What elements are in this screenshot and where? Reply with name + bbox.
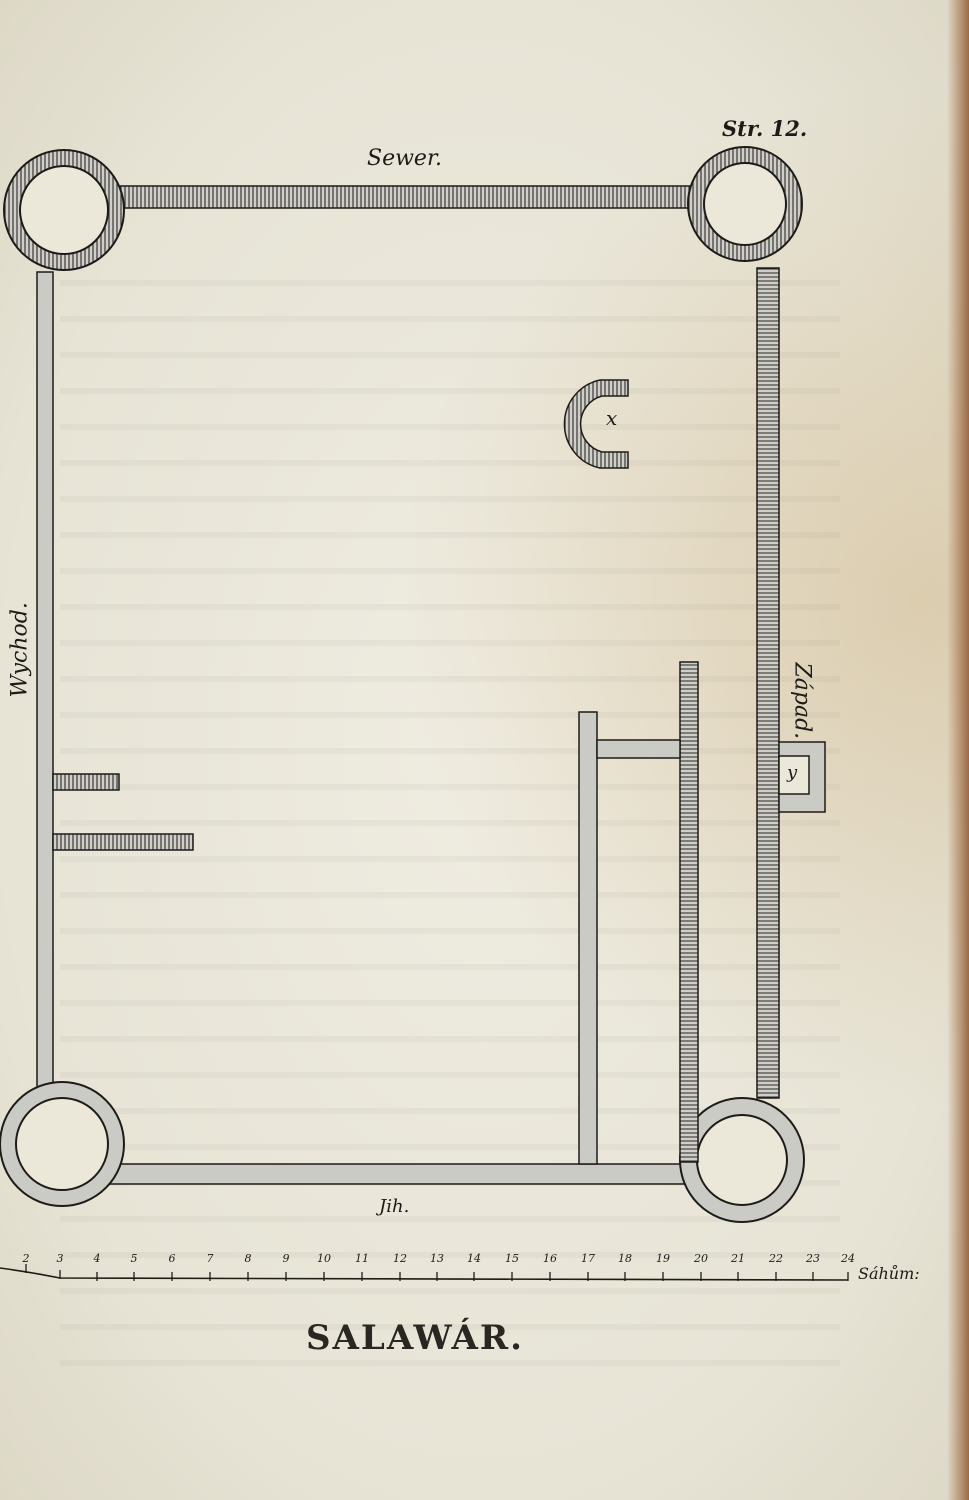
scale-tick: 19 <box>656 1252 670 1265</box>
scale-tick: 10 <box>317 1252 331 1265</box>
tower-northwest <box>4 150 124 270</box>
scale-tick: 12 <box>393 1252 407 1265</box>
direction-east-label: Západ. <box>790 663 815 723</box>
scale-tick: 6 <box>169 1252 176 1265</box>
south-wall <box>110 1164 695 1184</box>
scale-tick: 7 <box>207 1252 214 1265</box>
tower-southwest <box>0 1082 124 1206</box>
scale-bar <box>0 1264 848 1281</box>
scale-tick: 16 <box>543 1252 557 1265</box>
scale-tick: 14 <box>467 1252 481 1265</box>
marker-x-label: x <box>606 406 617 430</box>
scale-tick: 9 <box>283 1252 290 1265</box>
scale-tick: 5 <box>131 1252 138 1265</box>
direction-west-label: Wychod. <box>8 638 33 698</box>
scale-tick: 2 <box>23 1252 30 1265</box>
direction-north-label: Sewer. <box>367 146 442 171</box>
scale-tick: 15 <box>505 1252 519 1265</box>
scale-tick: 13 <box>430 1252 444 1265</box>
scale-tick: 23 <box>806 1252 820 1265</box>
scale-unit-label: Sáhům: <box>858 1264 920 1283</box>
west-wall-stubs <box>53 774 193 850</box>
scale-tick: 20 <box>694 1252 708 1265</box>
scale-tick: 11 <box>355 1252 369 1265</box>
scale-tick: 4 <box>94 1252 101 1265</box>
scale-tick: 24 <box>841 1252 855 1265</box>
page-number: Str. 12. <box>722 116 807 141</box>
north-wall <box>115 186 705 208</box>
scale-tick: 21 <box>731 1252 745 1265</box>
castle-floor-plan <box>0 0 969 1500</box>
plan-title: SALAWÁR. <box>306 1318 524 1358</box>
scale-tick: 17 <box>581 1252 595 1265</box>
inner-walls <box>579 662 698 1164</box>
structure-x <box>564 380 628 468</box>
scale-tick: 8 <box>245 1252 252 1265</box>
marker-y-label: y <box>787 762 797 783</box>
west-wall <box>37 272 53 1102</box>
structure-y <box>779 742 825 812</box>
scale-tick: 22 <box>769 1252 783 1265</box>
east-wall <box>757 268 779 1098</box>
direction-south-label: Jih. <box>379 1196 409 1217</box>
scale-tick: 18 <box>618 1252 632 1265</box>
tower-northeast <box>688 147 802 261</box>
scale-tick: 3 <box>57 1252 64 1265</box>
